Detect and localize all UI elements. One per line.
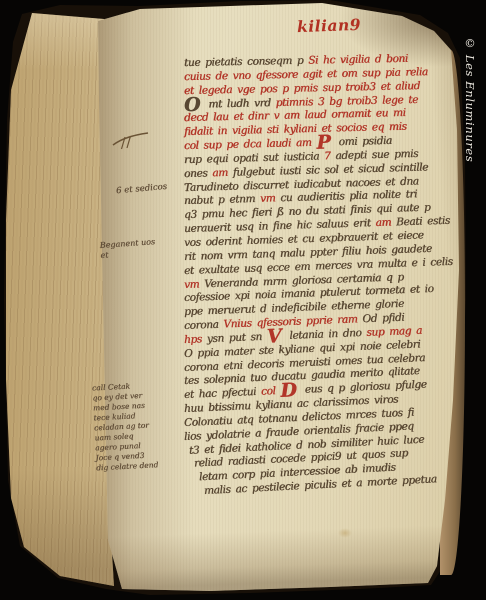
margin-note-2: Beganent uoset — [99, 237, 156, 260]
text-run: mt ludh vrd — [208, 97, 276, 110]
rubric-heading: kilian9 — [297, 15, 362, 36]
text-run: col — [261, 385, 281, 398]
text-run: vm — [260, 193, 281, 206]
text-run: corona — [184, 319, 224, 333]
pen-trial-mark-icon — [112, 128, 154, 154]
text-run: hps — [184, 333, 207, 346]
text-run: Od pfidi — [362, 312, 404, 326]
text-run: vm — [184, 278, 205, 291]
text-run: sup mag a — [366, 324, 422, 338]
text-run: letania in dno — [289, 327, 366, 342]
copyright-watermark: © Les Enluminures — [463, 36, 477, 162]
text-run: 7 — [324, 150, 336, 162]
manuscript-photo: kilian9 6 et sedicos Beganent uoset call… — [0, 0, 486, 600]
text-run: et hac pfectui — [184, 386, 262, 401]
manuscript-text: tue pietatis conseqm p Si hc vigilia d b… — [184, 57, 464, 500]
margin-note-3: call Cetakqo ey det vermed bose nastece … — [92, 379, 189, 474]
text-run: ram — [337, 313, 363, 326]
text-run: adepti sue pmis — [335, 148, 418, 162]
text-run: rup equi opati sut iusticia — [184, 150, 324, 166]
text-run: am — [375, 216, 396, 229]
text-run: Si hc vigilia d boni — [308, 53, 408, 67]
text-run: am — [212, 166, 233, 179]
text-run: nabut p etnm — [184, 193, 260, 207]
text-run: ones — [184, 167, 213, 180]
text-run: col sup pe dca laudi am — [184, 137, 317, 152]
text-run: ysn put sn — [207, 331, 268, 345]
text-run: tue pietatis conseqm p — [184, 55, 308, 69]
text-run: Beati estis — [396, 215, 450, 229]
text-run: omi psidia — [338, 135, 392, 148]
